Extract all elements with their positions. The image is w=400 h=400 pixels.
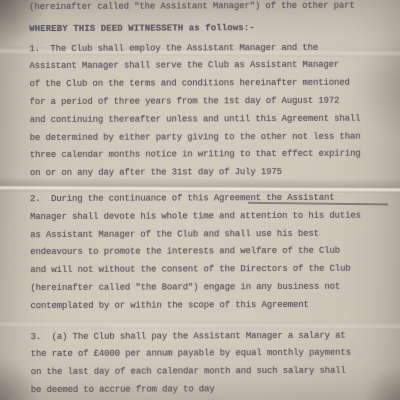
text-line: and continuing thereafter unless and unt… (30, 110, 390, 129)
text-line: WHEREBY THIS DEED WITNESSETH as follows:… (29, 19, 389, 38)
paper: (hereinafter called "the Assistant Manag… (0, 0, 400, 400)
text-line: 3. (a) The Club shall pay the Assistant … (31, 327, 391, 346)
text-line: and will not without the consent of the … (30, 261, 390, 280)
text-line: as Assistant Manager of the Club and sha… (30, 225, 390, 244)
text-line: contemplated by or within the scope of t… (30, 296, 390, 315)
text-line: (hereinafter called "the Board") engage … (30, 278, 390, 297)
text-line: on or on any day after the 31st day of J… (30, 164, 390, 183)
text-line: for a period of three years from the 1st… (30, 93, 390, 112)
paragraph-clause-1: 1. The Club shall employ the Assistant M… (29, 39, 390, 183)
text-line: 1. The Club shall employ the Assistant M… (29, 39, 389, 58)
text-line: (hereinafter called "the Assistant Manag… (29, 0, 389, 17)
text-line: 2. During the continuance of this Agreem… (30, 190, 390, 209)
text-line: Manager shall devote his whole time and … (30, 207, 390, 226)
text-line: be determined by either party giving to … (30, 128, 390, 147)
text-line: of the Club on the terms and conditions … (29, 75, 389, 94)
paragraph-preamble: (hereinafter called "the Assistant Manag… (29, 0, 389, 17)
typewritten-text: (hereinafter called "the Assistant Manag… (29, 0, 391, 400)
text-line: Assistant Manager shall serve the Club a… (29, 57, 389, 76)
paragraph-clause-3: 3. (a) The Club shall pay the Assistant … (31, 327, 391, 400)
paragraph-clause-2: 2. During the continuance of this Agreem… (30, 190, 391, 316)
text-line: endeavours to promote the interests and … (30, 243, 390, 262)
text-line: the rate of £4000 per annum payable by e… (31, 345, 391, 364)
text-line: be deemed to accrue from day to day (31, 380, 391, 399)
text-line: on the last day of each calendar month a… (31, 363, 391, 382)
document-photo: (hereinafter called "the Assistant Manag… (0, 0, 400, 400)
text-line: three calendar months notice in writing … (30, 146, 390, 165)
paragraph-witnesseth: WHEREBY THIS DEED WITNESSETH as follows:… (29, 19, 389, 38)
